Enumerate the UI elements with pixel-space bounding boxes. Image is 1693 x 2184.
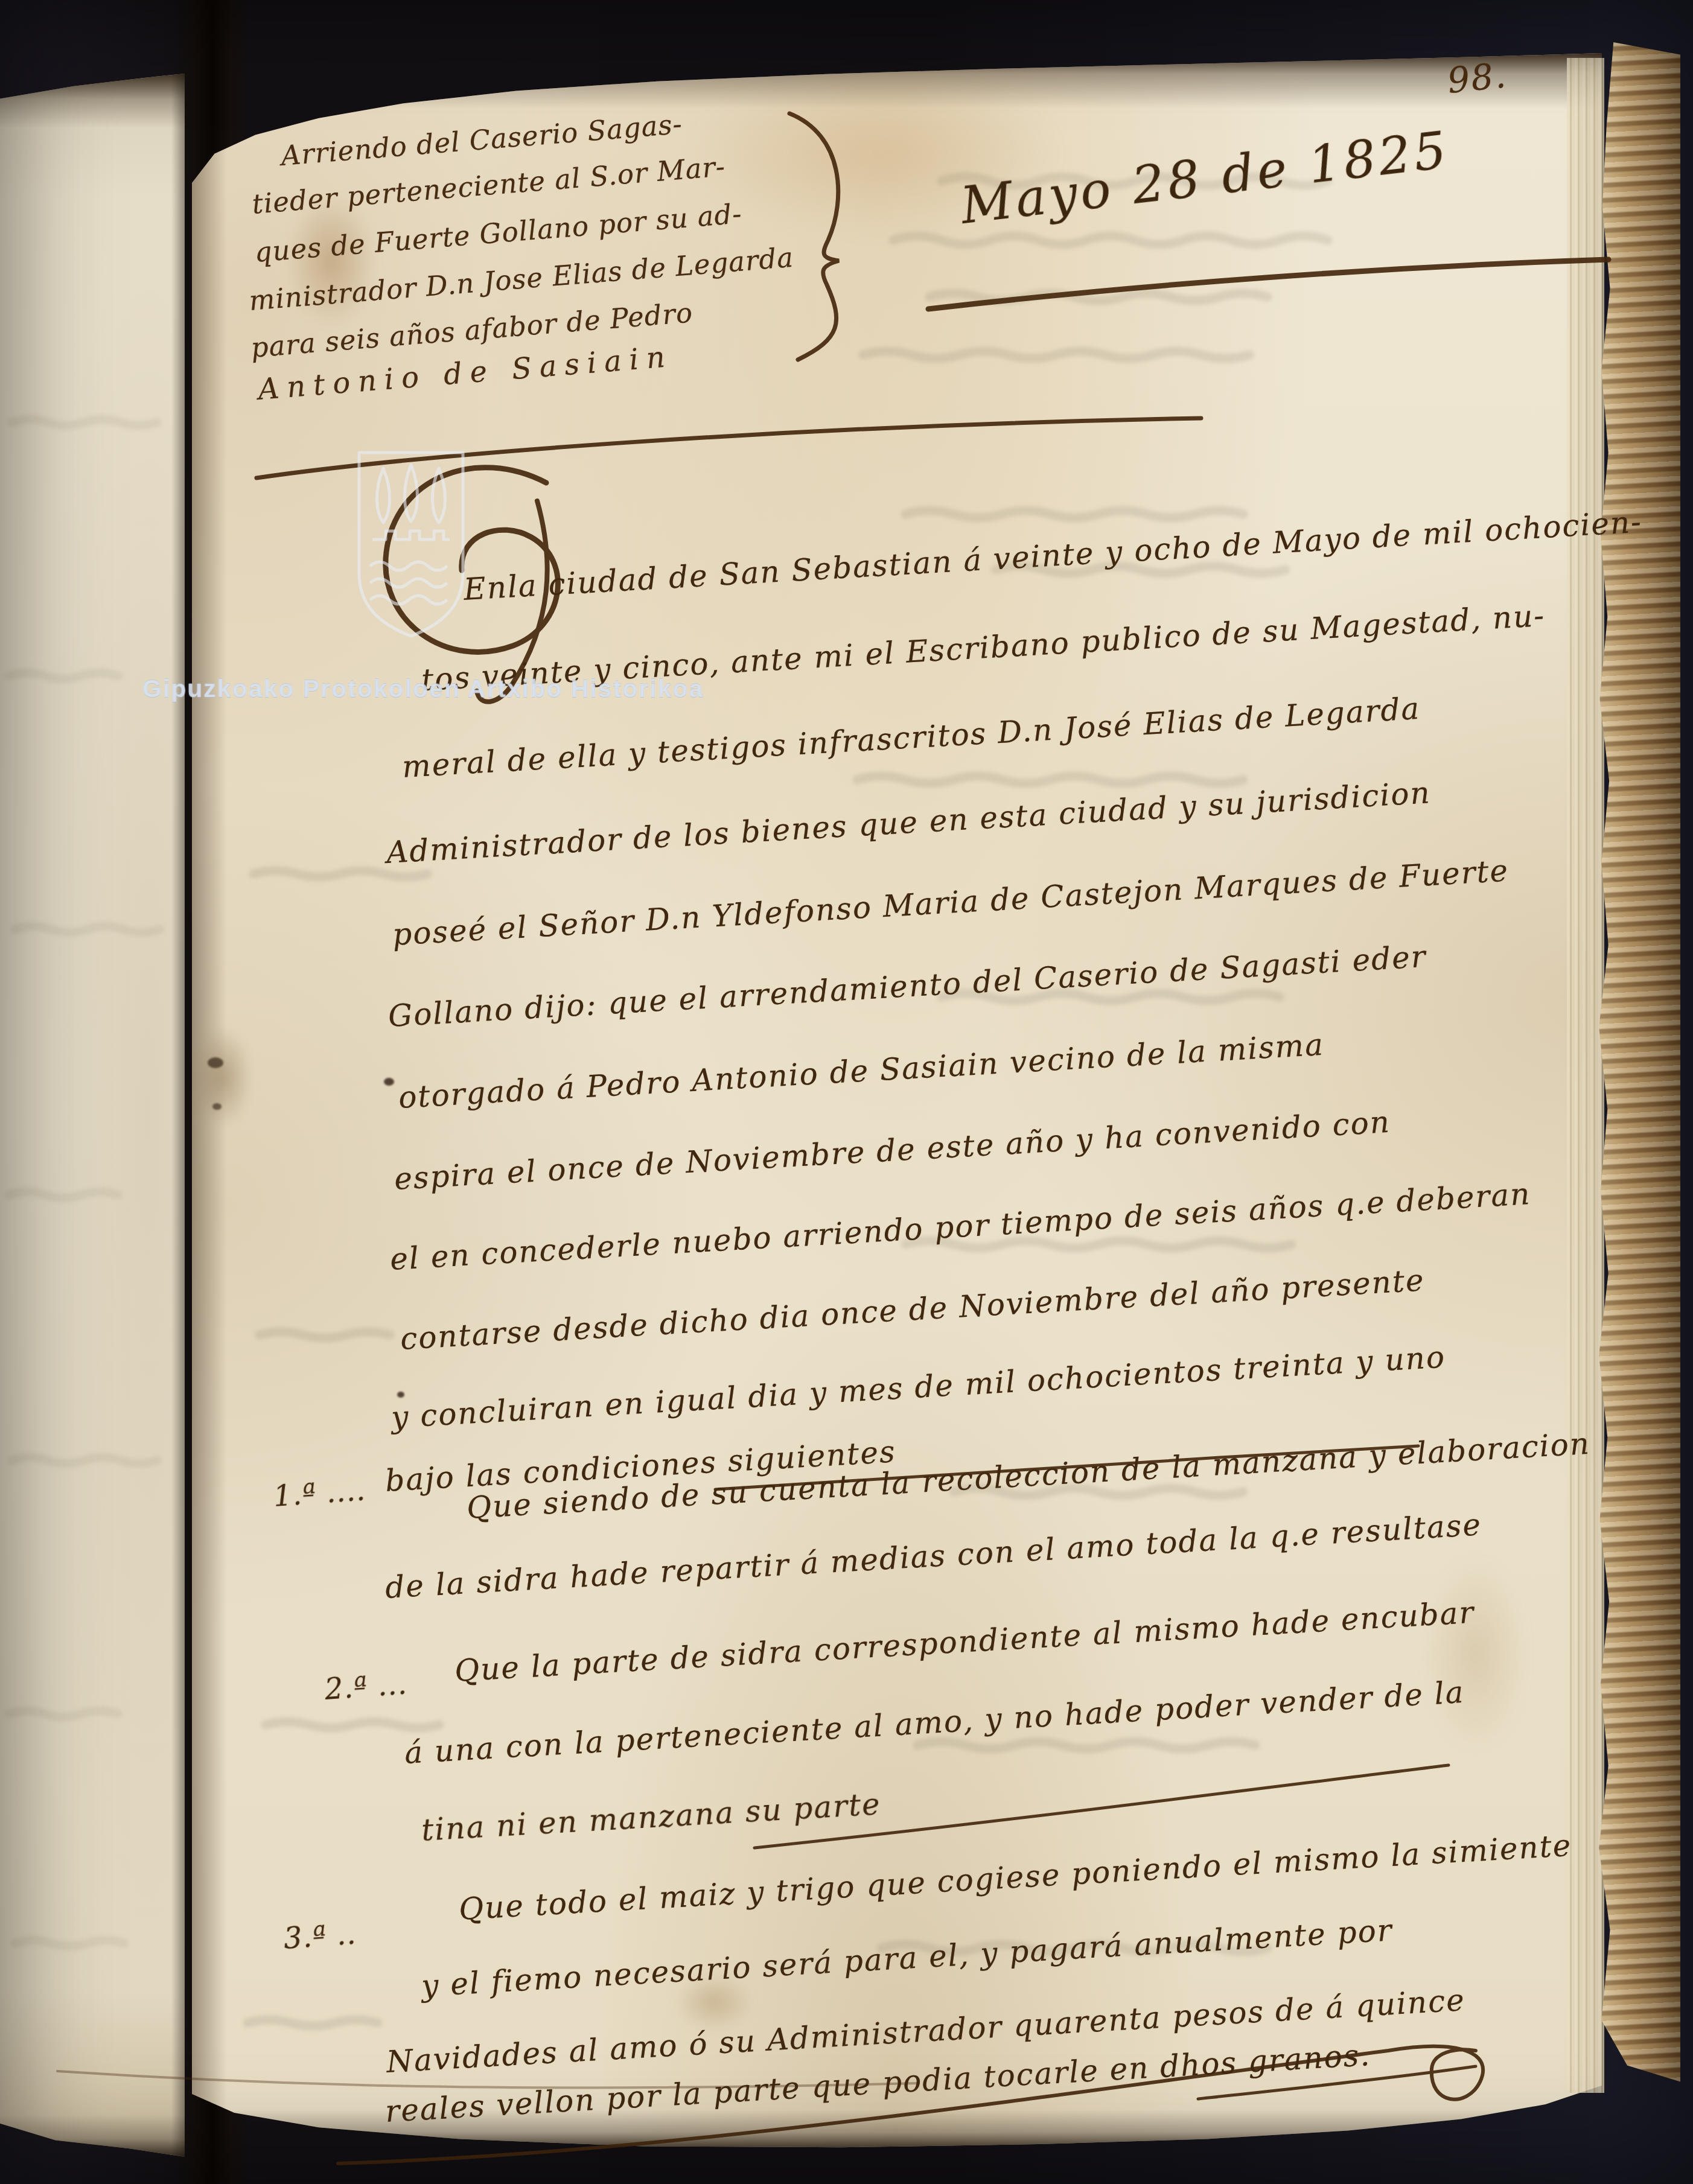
page-edge-stack — [1567, 58, 1604, 2093]
ink-blot — [384, 1078, 394, 1086]
deckle-page-edges — [1595, 42, 1680, 2094]
condition-1-marker: 1.ª .... — [272, 1473, 366, 1514]
condition-3-marker: 3.ª .. — [282, 1917, 357, 1956]
ink-blot — [397, 1392, 404, 1398]
ink-blot — [208, 1057, 223, 1068]
folio-number: 98. — [1446, 54, 1509, 101]
ink-blot — [212, 1103, 222, 1110]
left-page-edge — [0, 74, 185, 2157]
manuscript-photo: 98. Arriendo del Caserio Sagas- tieder p… — [0, 0, 1693, 2184]
condition-2-marker: 2.ª ... — [324, 1667, 408, 1707]
